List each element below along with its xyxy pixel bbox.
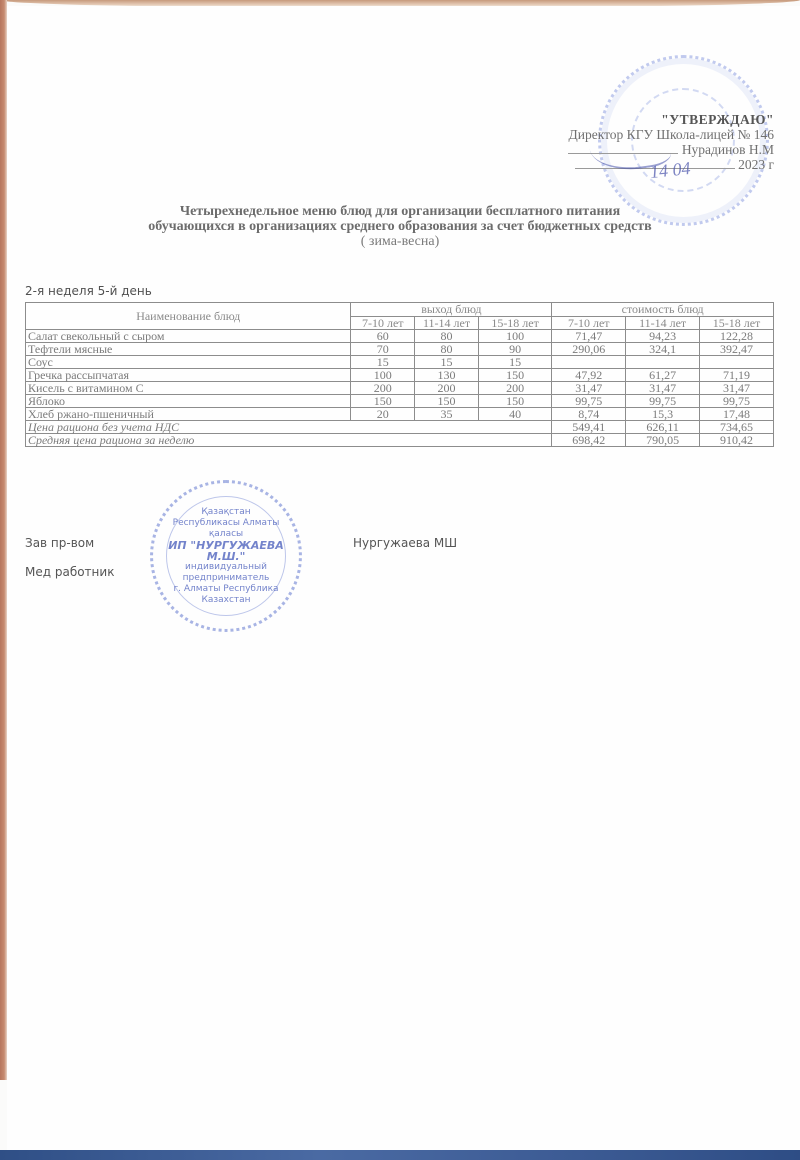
total-label: Цена рациона без учета НДС: [26, 421, 552, 434]
medic-label: Мед работник: [25, 565, 114, 579]
total-row: Цена рациона без учета НДС549,41626,1173…: [26, 421, 774, 434]
cost-cell: 17,48: [700, 408, 774, 421]
total-value: 549,41: [552, 421, 626, 434]
output-age-header: 15-18 лет: [478, 316, 551, 330]
total-label: Средняя цена рациона за неделю: [26, 434, 552, 447]
cost-cell: 99,75: [626, 395, 700, 408]
cost-cell: [626, 356, 700, 369]
table-row: Соус151515: [26, 356, 774, 369]
output-cell: 80: [415, 343, 479, 356]
output-cell: 35: [415, 408, 479, 421]
output-cell: 200: [415, 382, 479, 395]
table-row: Гречка рассыпчатая10013015047,9261,2771,…: [26, 369, 774, 382]
production-head-name: Нургужаева МШ: [353, 536, 457, 550]
output-cell: 15: [478, 356, 551, 369]
total-value: 910,42: [700, 434, 774, 447]
output-cell: 100: [478, 330, 551, 343]
photo-edge-left: [0, 0, 7, 1080]
total-value: 734,65: [700, 421, 774, 434]
photo-edge-bottom: [0, 1150, 800, 1160]
output-group-header: выход блюд: [351, 303, 552, 317]
output-age-header: 7-10 лет: [351, 316, 415, 330]
cost-cell: 47,92: [552, 369, 626, 382]
stamp-bottom-text: г. Алматы Республика Казахстан: [167, 584, 285, 606]
cost-cell: 71,19: [700, 369, 774, 382]
cost-age-header: 7-10 лет: [552, 316, 626, 330]
output-cell: 150: [478, 395, 551, 408]
total-value: 626,11: [626, 421, 700, 434]
cost-cell: 94,23: [626, 330, 700, 343]
cost-cell: 99,75: [552, 395, 626, 408]
output-cell: 150: [415, 395, 479, 408]
output-cell: 90: [478, 343, 551, 356]
title-line-2: обучающихся в организациях среднего обра…: [0, 219, 800, 234]
cost-cell: 31,47: [552, 382, 626, 395]
dish-name: Салат свекольный с сыром: [26, 330, 351, 343]
cost-cell: 15,3: [626, 408, 700, 421]
season-label: ( зима-весна): [0, 234, 800, 249]
week-day-label: 2-я неделя 5-й день: [25, 284, 152, 298]
cost-group-header: стоимость блюд: [552, 303, 774, 317]
output-cell: 15: [415, 356, 479, 369]
cost-cell: [700, 356, 774, 369]
output-cell: 150: [351, 395, 415, 408]
output-cell: 200: [351, 382, 415, 395]
menu-table: Наименование блюд выход блюд стоимость б…: [25, 302, 774, 447]
document-title: Четырехнедельное меню блюд для организац…: [0, 204, 800, 249]
cost-cell: 290,06: [552, 343, 626, 356]
output-cell: 200: [478, 382, 551, 395]
output-cell: 20: [351, 408, 415, 421]
cost-age-header: 15-18 лет: [700, 316, 774, 330]
cost-cell: 324,1: [626, 343, 700, 356]
approval-year: 2023 г: [738, 157, 774, 172]
stamp-sub-text: индивидуальный предприниматель: [167, 562, 285, 584]
output-cell: 60: [351, 330, 415, 343]
total-row: Средняя цена рациона за неделю698,42790,…: [26, 434, 774, 447]
cost-cell: 61,27: [626, 369, 700, 382]
output-age-header: 11-14 лет: [415, 316, 479, 330]
output-cell: 130: [415, 369, 479, 382]
approval-title: "УТВЕРЖДАЮ": [568, 112, 774, 127]
output-cell: 150: [478, 369, 551, 382]
production-head-label: Зав пр-вом: [25, 536, 94, 550]
table-row: Салат свекольный с сыром608010071,4794,2…: [26, 330, 774, 343]
output-cell: 100: [351, 369, 415, 382]
approver-name: Нурадинов Н.М: [682, 142, 774, 157]
stamp-name-text: ИП "НУРГУЖАЕВА М.Ш.": [167, 540, 285, 562]
dish-name: Яблоко: [26, 395, 351, 408]
dish-name: Соус: [26, 356, 351, 369]
table-row: Яблоко15015015099,7599,7599,75: [26, 395, 774, 408]
stamp-inner: Қазақстан Республикасы Алматы қаласы ИП …: [166, 496, 286, 616]
cost-cell: [552, 356, 626, 369]
dish-name: Кисель с витамином С: [26, 382, 351, 395]
cost-cell: 122,28: [700, 330, 774, 343]
handwritten-date: 14 04: [649, 158, 691, 183]
dish-name-header: Наименование блюд: [26, 303, 351, 330]
cost-cell: 8,74: [552, 408, 626, 421]
cost-cell: 392,47: [700, 343, 774, 356]
total-value: 790,05: [626, 434, 700, 447]
total-value: 698,42: [552, 434, 626, 447]
output-cell: 80: [415, 330, 479, 343]
cost-cell: 71,47: [552, 330, 626, 343]
output-cell: 40: [478, 408, 551, 421]
cost-cell: 31,47: [626, 382, 700, 395]
dish-name: Гречка рассыпчатая: [26, 369, 351, 382]
cost-age-header: 11-14 лет: [626, 316, 700, 330]
output-cell: 70: [351, 343, 415, 356]
dish-name: Хлеб ржано-пшеничный: [26, 408, 351, 421]
table-row: Тефтели мясные708090290,06324,1392,47: [26, 343, 774, 356]
table-row: Хлеб ржано-пшеничный2035408,7415,317,48: [26, 408, 774, 421]
dish-name: Тефтели мясные: [26, 343, 351, 356]
title-line-1: Четырехнедельное меню блюд для организац…: [0, 204, 800, 219]
table-row: Кисель с витамином С20020020031,4731,473…: [26, 382, 774, 395]
output-cell: 15: [351, 356, 415, 369]
stamp-top-text: Қазақстан Республикасы Алматы қаласы: [167, 507, 285, 540]
entrepreneur-stamp: Қазақстан Республикасы Алматы қаласы ИП …: [150, 480, 302, 632]
cost-cell: 31,47: [700, 382, 774, 395]
cost-cell: 99,75: [700, 395, 774, 408]
